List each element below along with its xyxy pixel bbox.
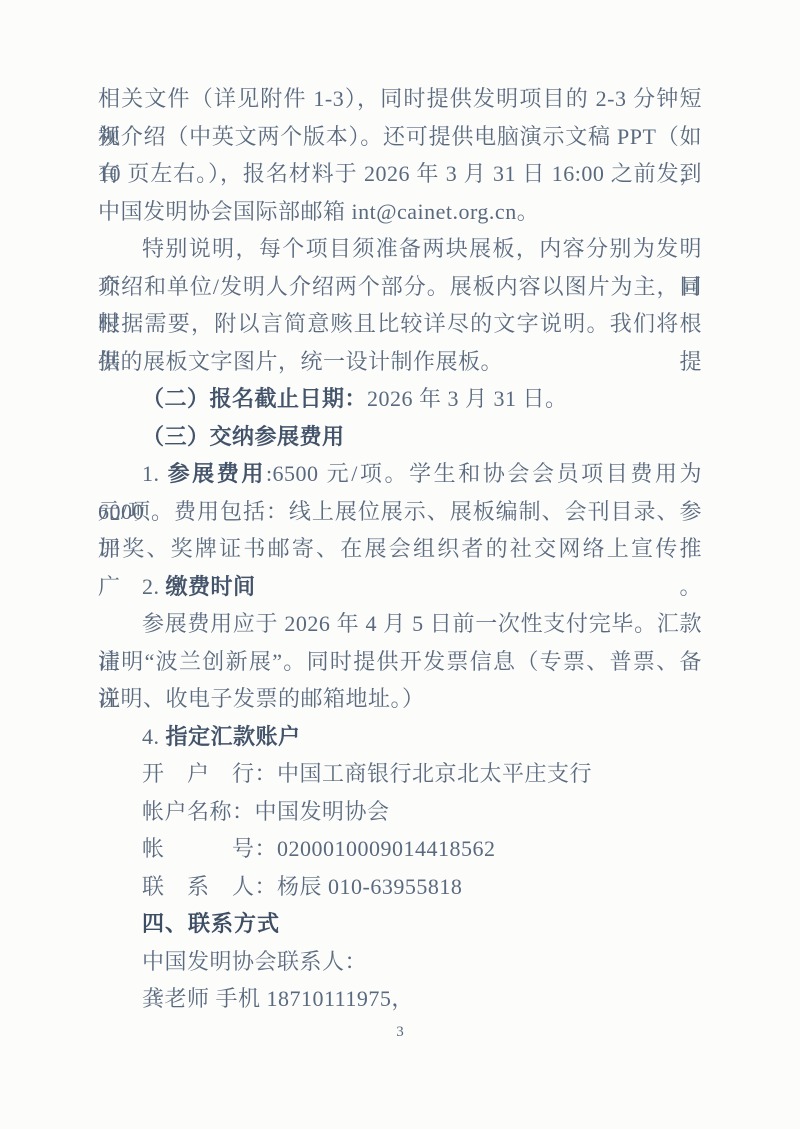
body-line: 介绍和单位/发明人介绍两个部分。展板内容以图片为主，同时 xyxy=(98,268,702,306)
email-line: 中国发明协会国际部邮箱 int@cainet.org.cn。 xyxy=(98,193,702,231)
text-run: 4. xyxy=(142,724,166,749)
document-body: 相关文件（详见附件 1-3），同时提供发明项目的 2-3 分钟短视频介绍（中英文… xyxy=(98,80,702,1018)
text-run: 缴费时间 xyxy=(166,574,256,599)
text-run: 开 户 行：中国工商银行北京北太平庄支行 xyxy=(142,761,592,786)
contact-person-line: 龚老师 手机 18710111975， xyxy=(98,980,702,1018)
body-line: 10 页左右。），报名材料于 2026 年 3 月 31 日 16:00 之前发… xyxy=(98,155,702,193)
text-run: 说明、收电子发票的邮箱地址。） xyxy=(98,686,425,711)
scanned-document-page: 相关文件（详见附件 1-3），同时提供发明项目的 2-3 分钟短视频介绍（中英文… xyxy=(0,0,800,1129)
text-run: 帐 号：0200010009014418562 xyxy=(142,836,496,861)
account-name-line: 帐户名称：中国发明协会 xyxy=(98,793,702,831)
fees-heading-line: （三）交纳参展费用 xyxy=(98,418,702,456)
text-run: （三）交纳参展费用 xyxy=(142,424,345,449)
body-line: 元/项。费用包括：线上展位展示、展板编制、会刊目录、参加 xyxy=(98,493,702,531)
text-run: 指定汇款账户 xyxy=(166,724,301,749)
text-run: 中国发明协会国际部邮箱 int@cainet.org.cn。 xyxy=(98,199,539,224)
text-run: 10 页左右。），报名材料于 2026 年 3 月 31 日 16:00 之前发… xyxy=(98,161,702,186)
body-line: 注明“波兰创新展”。同时提供开发票信息（专票、普票、备注 xyxy=(98,643,702,681)
text-run: 联 系 人：杨辰 010-63955818 xyxy=(142,874,462,899)
body-line: 说明、收电子发票的邮箱地址。） xyxy=(98,680,702,718)
body-line: 相关文件（详见附件 1-3），同时提供发明项目的 2-3 分钟短视 xyxy=(98,80,702,118)
text-run: （二）报名截止日期： xyxy=(142,386,367,411)
text-run: 帐户名称：中国发明协会 xyxy=(142,799,390,824)
text-run: 参展费用 xyxy=(168,461,266,486)
body-line: 评奖、奖牌证书邮寄、在展会组织者的社交网络上宣传推广。 xyxy=(98,530,702,568)
bank-contact-line: 联 系 人：杨辰 010-63955818 xyxy=(98,868,702,906)
text-run: 供的展板文字图片，统一设计制作展板。 xyxy=(98,349,503,374)
contact-org-line: 中国发明协会联系人： xyxy=(98,943,702,981)
page-number: 3 xyxy=(0,1022,800,1042)
text-run: 中国发明协会联系人： xyxy=(142,949,367,974)
remittance-heading-line: 4. 指定汇款账户 xyxy=(98,718,702,756)
contact-section-heading: 四、联系方式 xyxy=(98,905,702,943)
text-run: 2026 年 3 月 31 日。 xyxy=(367,386,568,411)
fee-amount-line: 1. 参展费用:6500 元/项。学生和协会会员项目费用为 6000 xyxy=(98,455,702,493)
body-line: 特别说明，每个项目须准备两块展板，内容分别为发明项目 xyxy=(98,230,702,268)
body-line: 频介绍（中英文两个版本）。还可提供电脑演示文稿 PPT（如有， xyxy=(98,118,702,156)
text-run: 2. xyxy=(142,574,166,599)
text-run: 龚老师 手机 18710111975， xyxy=(142,986,414,1011)
body-line: 参展费用应于 2026 年 4 月 5 日前一次性支付完毕。汇款请 xyxy=(98,605,702,643)
bank-line: 开 户 行：中国工商银行北京北太平庄支行 xyxy=(98,755,702,793)
text-run: 四、联系方式 xyxy=(142,912,280,937)
text-run: 1. xyxy=(142,461,168,486)
account-number-line: 帐 号：0200010009014418562 xyxy=(98,830,702,868)
deadline-heading-line: （二）报名截止日期：2026 年 3 月 31 日。 xyxy=(98,380,702,418)
body-line: 根据需要，附以言简意赅且比较详尽的文字说明。我们将根据提 xyxy=(98,305,702,343)
